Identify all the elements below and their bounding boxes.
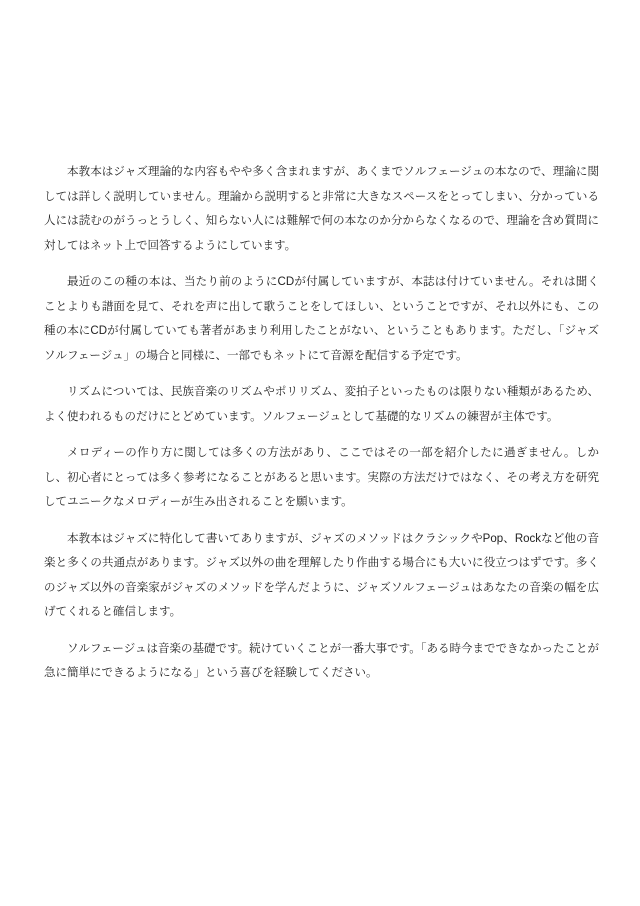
- paragraph-theory-note: 本教本はジャズ理論的な内容もやや多く含まれますが、あくまでソルフェージュの本なの…: [44, 160, 599, 258]
- document-page: 本教本はジャズ理論的な内容もやや多く含まれますが、あくまでソルフェージュの本なの…: [0, 0, 640, 906]
- paragraph-rhythm-note: リズムについては、民族音楽のリズムやポリリズム、変拍子といったものは限りない種類…: [44, 380, 599, 429]
- paragraph-jazz-method-note: 本教本はジャズに特化して書いてありますが、ジャズのメソッドはクラシックやPop、…: [44, 527, 599, 625]
- page-text-content: 本教本はジャズ理論的な内容もやや多く含まれますが、あくまでソルフェージュの本なの…: [44, 160, 599, 686]
- paragraph-closing-note: ソルフェージュは音楽の基礎です。続けていくことが一番大事です。「ある時今まででき…: [44, 637, 599, 686]
- paragraph-cd-note: 最近のこの種の本は、当たり前のようにCDが付属していますが、本誌は付けていません…: [44, 270, 599, 368]
- paragraph-melody-note: メロディーの作り方に関しては多くの方法があり、ここではその一部を紹介したに過ぎま…: [44, 441, 599, 515]
